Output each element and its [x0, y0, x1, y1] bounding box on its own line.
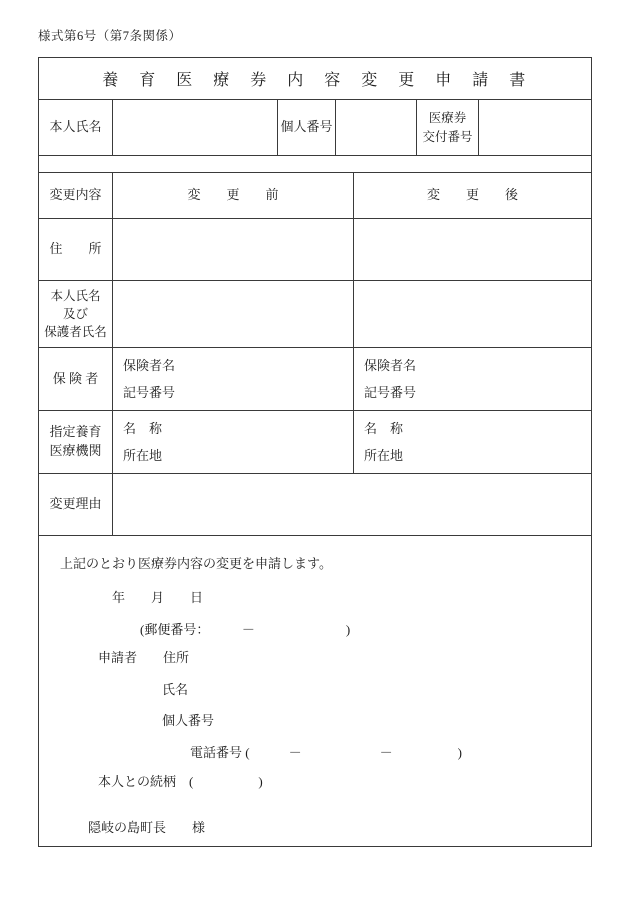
- form-number-note: 様式第6号（第7条関係）: [38, 26, 182, 44]
- reason-label: 変更理由: [39, 474, 113, 535]
- institution-row: 指定養育 医療機関 名 称 所在地 名 称 所在地: [39, 411, 591, 474]
- institution-after-field[interactable]: 名 称 所在地: [354, 411, 591, 473]
- applicant-address-line[interactable]: 申請者 住所: [98, 647, 189, 666]
- voucher-number-field[interactable]: [479, 100, 591, 155]
- names-label-line1: 本人氏名: [50, 287, 100, 305]
- institution-name-label: 名 称: [123, 418, 347, 437]
- after-column-header: 変 更 後: [354, 173, 591, 218]
- phone-number-line[interactable]: 電話番号 ( － － ): [190, 742, 462, 761]
- change-header-row: 変更内容 変 更 前 変 更 後: [39, 173, 591, 219]
- voucher-number-label-line2: 交付番号: [422, 128, 472, 146]
- institution-label: 指定養育 医療機関: [39, 411, 113, 473]
- address-after-field[interactable]: [354, 219, 591, 280]
- institution-label-line1: 指定養育: [49, 423, 101, 442]
- institution-location-label: 所在地: [364, 445, 585, 464]
- change-content-label: 変更内容: [39, 173, 113, 218]
- names-before-field[interactable]: [113, 281, 354, 347]
- identity-row: 本人氏名 個人番号 医療券 交付番号: [39, 100, 591, 156]
- insurer-symbol-label: 記号番号: [364, 382, 585, 401]
- names-label: 本人氏名 及び 保護者氏名: [39, 281, 113, 347]
- insurer-after-field[interactable]: 保険者名 記号番号: [354, 348, 591, 410]
- postal-code-line[interactable]: (郵便番号： － ): [140, 619, 350, 638]
- reason-row: 変更理由: [39, 474, 591, 536]
- declaration-text: 上記のとおり医療券内容の変更を申請します。: [60, 553, 332, 572]
- addressee-line: 隠岐の島町長 様: [88, 817, 205, 836]
- spacer-row: [39, 156, 591, 173]
- insurer-before-field[interactable]: 保険者名 記号番号: [113, 348, 354, 410]
- institution-location-label: 所在地: [123, 445, 347, 464]
- names-label-line2: 及び: [63, 305, 88, 323]
- reason-field[interactable]: [113, 474, 591, 535]
- names-row: 本人氏名 及び 保護者氏名: [39, 281, 591, 348]
- form-title: 養 育 医 療 券 内 容 変 更 申 請 書: [39, 67, 591, 90]
- address-label: 住 所: [39, 219, 113, 280]
- self-name-field[interactable]: [113, 100, 278, 155]
- institution-label-line2: 医療機関: [49, 442, 101, 461]
- names-label-line3: 保護者氏名: [44, 323, 107, 341]
- before-column-header: 変 更 前: [113, 173, 354, 218]
- insurer-label: 保 険 者: [39, 348, 113, 410]
- insurer-name-label: 保険者名: [364, 355, 585, 374]
- self-name-label: 本人氏名: [39, 100, 113, 155]
- date-line[interactable]: 年 月 日: [112, 587, 203, 606]
- applicant-personal-number-line[interactable]: 個人番号: [162, 710, 214, 729]
- insurer-row: 保 険 者 保険者名 記号番号 保険者名 記号番号: [39, 348, 591, 411]
- title-row: 養 育 医 療 券 内 容 変 更 申 請 書: [39, 58, 591, 100]
- names-after-field[interactable]: [354, 281, 591, 347]
- application-form: 養 育 医 療 券 内 容 変 更 申 請 書 本人氏名 個人番号 医療券 交付…: [38, 57, 592, 847]
- voucher-number-label-line1: 医療券: [429, 109, 467, 127]
- personal-number-field[interactable]: [336, 100, 417, 155]
- address-before-field[interactable]: [113, 219, 354, 280]
- insurer-symbol-label: 記号番号: [123, 382, 347, 401]
- personal-number-label: 個人番号: [278, 100, 336, 155]
- institution-name-label: 名 称: [364, 418, 585, 437]
- application-footer: 上記のとおり医療券内容の変更を申請します。 年 月 日 (郵便番号： － ) 申…: [39, 536, 591, 846]
- application-form-page: 様式第6号（第7条関係） 養 育 医 療 券 内 容 変 更 申 請 書 本人氏…: [0, 0, 630, 903]
- applicant-name-line[interactable]: 氏名: [162, 679, 188, 698]
- insurer-name-label: 保険者名: [123, 355, 347, 374]
- relation-line[interactable]: 本人との続柄 ( ): [98, 771, 263, 790]
- voucher-number-label: 医療券 交付番号: [417, 100, 479, 155]
- institution-before-field[interactable]: 名 称 所在地: [113, 411, 354, 473]
- address-row: 住 所: [39, 219, 591, 281]
